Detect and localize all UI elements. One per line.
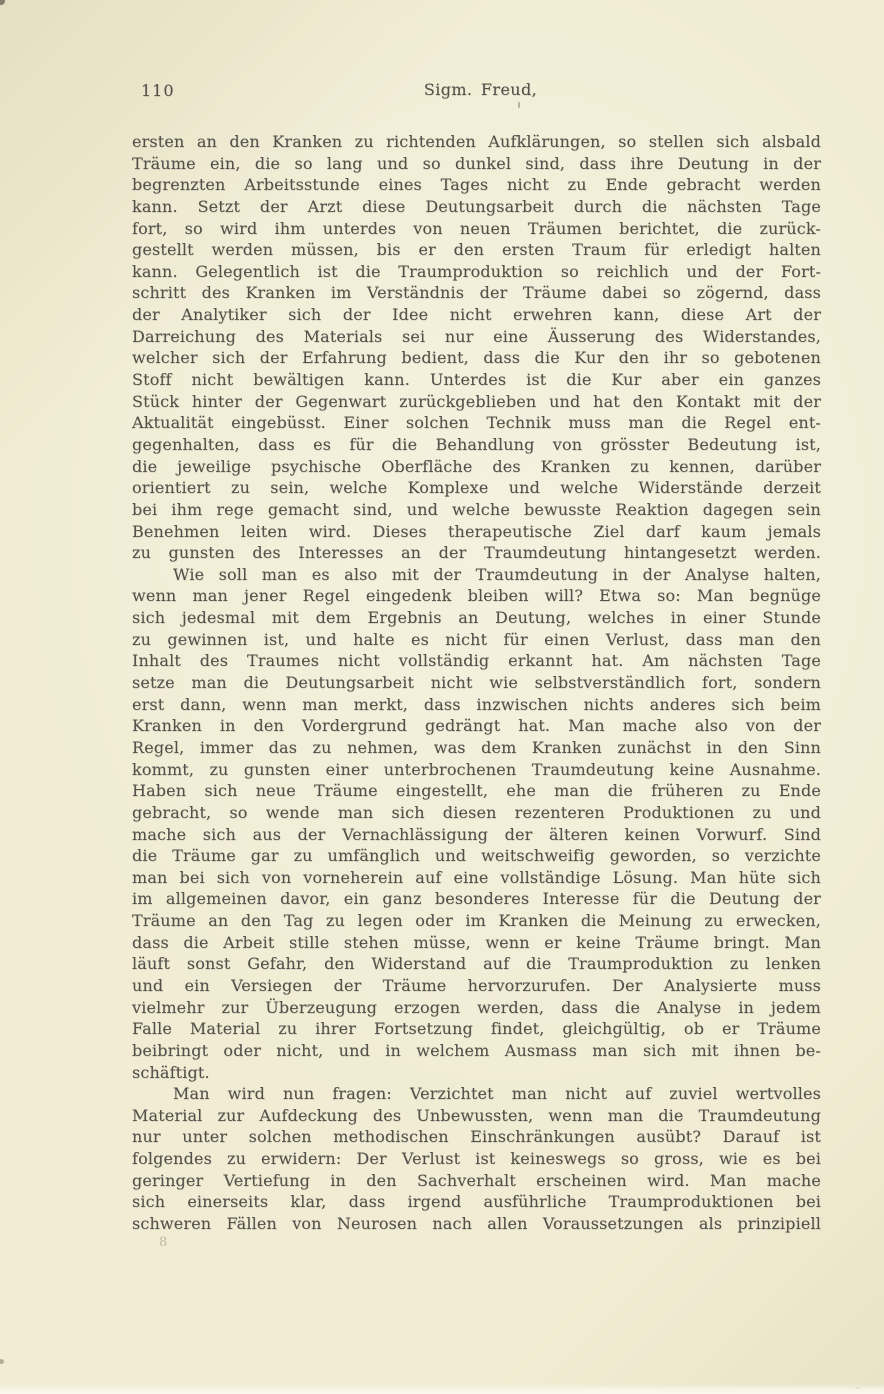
- text-line: Träume an den Tag zu legen oder im Krank…: [132, 910, 821, 932]
- text-line: mache sich aus der Vernachlässigung der …: [132, 824, 821, 846]
- text-line: Wie soll man es also mit der Traumdeutun…: [132, 564, 821, 586]
- text-line: schweren Fällen von Neurosen nach allen …: [132, 1213, 821, 1235]
- text-line: Material zur Aufdeckung des Unbewussten,…: [132, 1105, 821, 1127]
- text-line: gestellt werden müssen, bis er den erste…: [132, 239, 821, 261]
- text-line: Haben sich neue Träume eingestellt, ehe …: [132, 780, 821, 802]
- text-line: nur unter solchen methodischen Einschrän…: [132, 1126, 821, 1148]
- text-line: die Träume gar zu umfänglich und weitsch…: [132, 845, 821, 867]
- paper-speck: [0, 0, 5, 5]
- text-line: begrenzten Arbeitsstunde eines Tages nic…: [132, 174, 821, 196]
- text-line: fort, so wird ihm unterdes von neuen Trä…: [132, 218, 821, 240]
- text-line: kann. Gelegentlich ist die Traumprodukti…: [132, 261, 821, 283]
- text-line: kann. Setzt der Arzt diese Deutungsarbei…: [132, 196, 821, 218]
- text-line: im allgemeinen davor, ein ganz besondere…: [132, 888, 821, 910]
- text-line: sich einerseits klar, dass irgend ausfüh…: [132, 1191, 821, 1213]
- text-line: der Analytiker sich der Idee nicht erweh…: [132, 304, 821, 326]
- text-line: sich jedesmal mit dem Ergebnis an Deutun…: [132, 607, 821, 629]
- text-line: welcher sich der Erfahrung bedient, dass…: [132, 347, 821, 369]
- text-line: wenn man jener Regel eingedenk bleiben w…: [132, 585, 821, 607]
- text-line: die jeweilige psychische Oberfläche des …: [132, 456, 821, 478]
- paper-speck: [0, 1359, 4, 1364]
- text-line: Aktualität eingebüsst. Einer solchen Tec…: [132, 412, 821, 434]
- text-line: folgendes zu erwidern: Der Verlust ist k…: [132, 1148, 821, 1170]
- text-line: schritt des Kranken im Verständnis der T…: [132, 282, 821, 304]
- body-text: ersten an den Kranken zu richtenden Aufk…: [132, 131, 821, 1235]
- text-line: erst dann, wenn man merkt, dass inzwisch…: [132, 694, 821, 716]
- text-line: Darreichung des Materials sei nur eine Ä…: [132, 326, 821, 348]
- scanned-book-page: 110 Sigm. Freud, ersten an den Kranken z…: [0, 0, 884, 1394]
- text-line: läuft sonst Gefahr, den Widerstand auf d…: [132, 953, 821, 975]
- text-line: kommt, zu gunsten einer unterbrochenen T…: [132, 759, 821, 781]
- paper-speck: [518, 102, 520, 108]
- text-line: vielmehr zur Überzeugung erzogen werden,…: [132, 997, 821, 1019]
- text-line: Stück hinter der Gegenwart zurückgeblieb…: [132, 391, 821, 413]
- text-line: dass die Arbeit stille stehen müsse, wen…: [132, 932, 821, 954]
- text-line: Benehmen leiten wird. Dieses therapeutis…: [132, 521, 821, 543]
- text-line: Kranken in den Vordergrund gedrängt hat.…: [132, 715, 821, 737]
- text-line: Träume ein, die so lang und so dunkel si…: [132, 153, 821, 175]
- text-line: Falle Material zu ihrer Fortsetzung find…: [132, 1018, 821, 1040]
- text-line: bei ihm rege gemacht sind, und welche be…: [132, 499, 821, 521]
- text-line: Regel, immer das zu nehmen, was dem Kran…: [132, 737, 821, 759]
- text-line: schäftigt.: [132, 1062, 821, 1084]
- page-bottom-edge: [0, 1384, 884, 1394]
- text-line: gebracht, so wende man sich diesen rezen…: [132, 802, 821, 824]
- print-smudge: 8: [159, 1235, 167, 1250]
- text-line: geringer Vertiefung in den Sachverhalt e…: [132, 1170, 821, 1192]
- running-header: Sigm. Freud,: [132, 80, 829, 99]
- text-line: Stoff nicht bewältigen kann. Unterdes is…: [132, 369, 821, 391]
- text-line: ersten an den Kranken zu richtenden Aufk…: [132, 131, 821, 153]
- text-line: Man wird nun fragen: Verzichtet man nich…: [132, 1083, 821, 1105]
- text-line: setze man die Deutungsarbeit nicht wie s…: [132, 672, 821, 694]
- text-line: gegenhalten, dass es für die Behandlung …: [132, 434, 821, 456]
- text-line: zu gewinnen ist, und halte es nicht für …: [132, 629, 821, 651]
- text-line: orientiert zu sein, welche Komplexe und …: [132, 477, 821, 499]
- text-line: man bei sich von vorneherein auf eine vo…: [132, 867, 821, 889]
- text-line: und ein Versiegen der Träume hervorzuruf…: [132, 975, 821, 997]
- text-line: Inhalt des Traumes nicht vollständig erk…: [132, 650, 821, 672]
- text-line: zu gunsten des Interesses an der Traumde…: [132, 542, 821, 564]
- text-line: beibringt oder nicht, und in welchem Aus…: [132, 1040, 821, 1062]
